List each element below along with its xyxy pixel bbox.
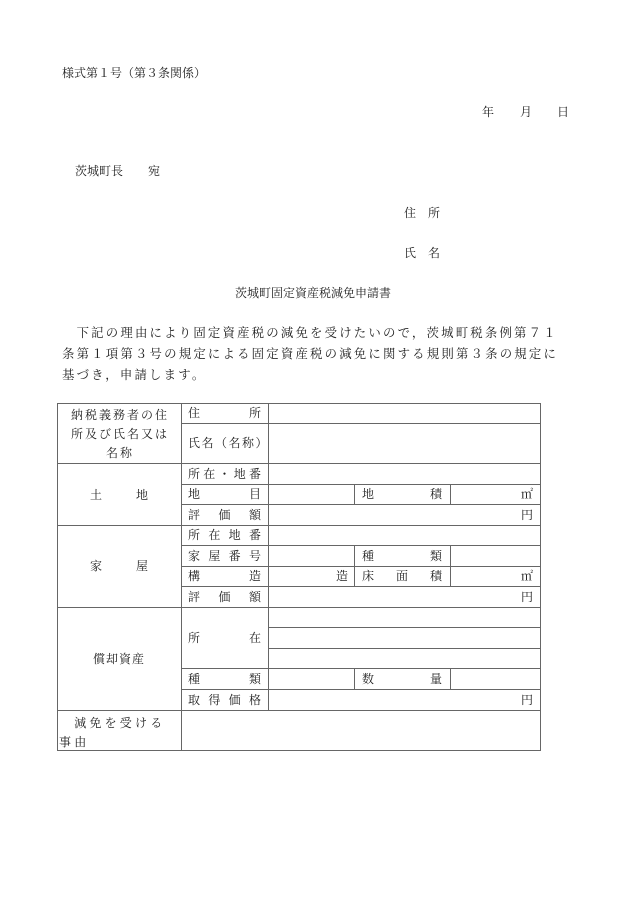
document-title: 茨城町固定資産税減免申請書 [235,286,391,300]
form-number: 様式第１号（第３条関係） [62,66,206,80]
depreciable-location-field-1[interactable] [269,608,540,627]
body-line-1: 下記の理由により固定資産税の減免を受けたいので，茨城町税条例第７１ [62,322,562,343]
depreciable-location-field-3[interactable] [269,649,540,668]
body-line-3: 基づき，申請します。 [62,364,562,385]
divider-qty-label [354,668,355,689]
depreciable-header: 償却資産 [57,652,181,666]
taxpayer-name-label: 氏名（名称） [188,436,269,450]
divider-col1 [181,403,182,751]
applicant-address-label: 住 所 [404,206,440,220]
house-floor-area-label: 床 面 積 [362,569,442,583]
depreciable-location-label: 所 在 [188,631,261,645]
body-paragraph: 下記の理由により固定資産税の減免を受けたいので，茨城町税条例第７１ 条第１項第３… [62,322,562,385]
date-day-label: 日 [557,105,569,119]
taxpayer-name-field[interactable] [269,424,540,463]
application-table: 納税義務者の住 所及び氏名又は 名称 住 所 氏名（名称） 土 地 所 在 ・ … [57,403,541,751]
reason-label: 減免を受ける 事由 [59,714,179,752]
land-area-unit: ㎡ [521,487,533,501]
house-valuation-field[interactable]: 円 [269,590,533,604]
land-category-field[interactable] [269,485,353,504]
land-location-field[interactable] [269,464,540,483]
row-line-land-1 [181,484,541,485]
table-border-right [540,403,541,751]
land-area-field[interactable]: ㎡ [451,487,533,501]
divider-land-area-label [354,484,355,504]
date-month-label: 月 [520,105,532,119]
house-structure-label: 構 造 [188,569,261,583]
taxpayer-header: 納税義務者の住 所及び氏名又は 名称 [59,406,181,463]
house-structure-unit: 造 [336,569,348,583]
house-number-label: 家 屋 番 号 [188,549,261,563]
date-year-label: 年 [482,105,494,119]
land-area-label: 地 積 [362,487,442,501]
house-header: 家 屋 [90,559,148,573]
land-header: 土 地 [90,488,148,502]
depreciable-acquisition-field[interactable]: 円 [269,693,533,707]
depreciable-acquisition-unit: 円 [521,693,533,707]
house-location-label: 所 在 地 番 [188,528,261,542]
house-floor-area-unit: ㎡ [521,569,533,583]
row-line-land-2 [181,504,541,505]
land-location-label: 所 在 ・ 地 番 [188,467,261,481]
reason-field[interactable] [182,711,540,750]
house-valuation-label: 評 価 額 [188,590,261,604]
taxpayer-address-label: 住 所 [188,406,261,420]
depreciable-quantity-field[interactable] [451,669,540,688]
land-valuation-unit: 円 [521,508,533,522]
row-line-house-3 [181,586,541,587]
house-location-field[interactable] [269,526,540,545]
depreciable-quantity-label: 数 量 [362,672,442,686]
house-structure-field[interactable]: 造 [269,569,348,583]
house-type-field[interactable] [451,546,540,565]
applicant-name-label: 氏 名 [404,246,440,260]
land-valuation-field[interactable]: 円 [269,508,533,522]
taxpayer-address-field[interactable] [269,404,540,423]
depreciable-type-label: 種 類 [188,672,261,686]
depreciable-type-field[interactable] [269,669,353,688]
house-valuation-unit: 円 [521,590,533,604]
house-type-label: 種 類 [362,549,442,563]
row-line-dep-type [181,689,541,690]
row-line-house-2 [181,566,541,567]
addressee-name: 茨城町長 [75,164,123,178]
house-floor-area-field[interactable]: ㎡ [451,569,533,583]
addressee-suffix: 宛 [148,164,160,178]
land-category-label: 地 目 [188,487,261,501]
house-number-field[interactable] [269,546,353,565]
depreciable-acquisition-label: 取 得 価 格 [188,693,261,707]
body-line-2: 条第１項第３号の規定による固定資産税の減免に関する規則第３条の規定に [62,343,562,364]
land-valuation-label: 評 価 額 [188,508,261,522]
depreciable-location-field-2[interactable] [269,628,540,647]
table-border-left [57,403,58,751]
